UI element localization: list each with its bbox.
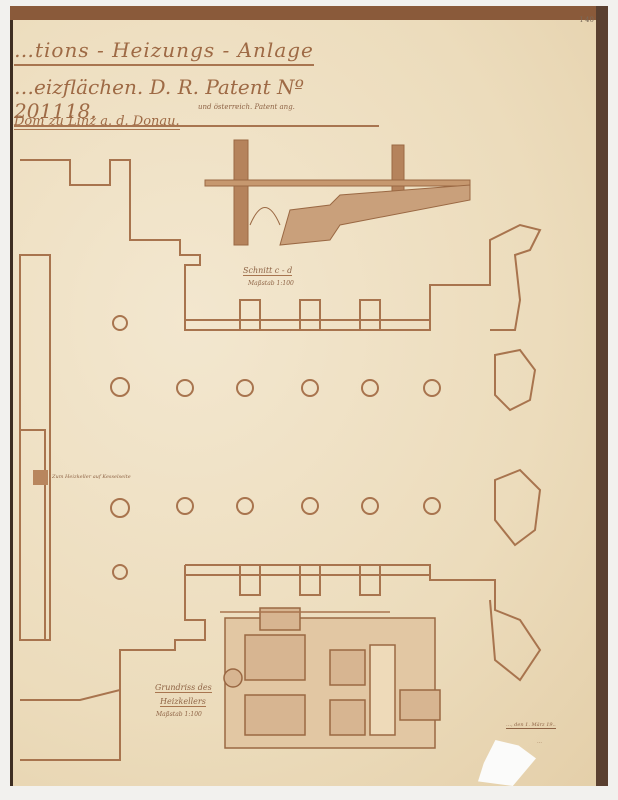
section-title: Schnitt c - d (243, 266, 292, 276)
cellar-title-2: Heizkellers (160, 697, 206, 707)
cellar-scale: Maßstab 1:100 (156, 711, 202, 718)
section-scale: Maßstab 1:100 (248, 280, 294, 287)
signature-line: …, den 1. März 19.. (506, 722, 556, 729)
floor-plan-drawing (0, 0, 618, 800)
cellar-title-1: Grundriss des (155, 683, 212, 693)
signature-mark: … (537, 739, 542, 745)
annotation-left: Zum Heizkeller auf Kesselseite (52, 474, 131, 480)
